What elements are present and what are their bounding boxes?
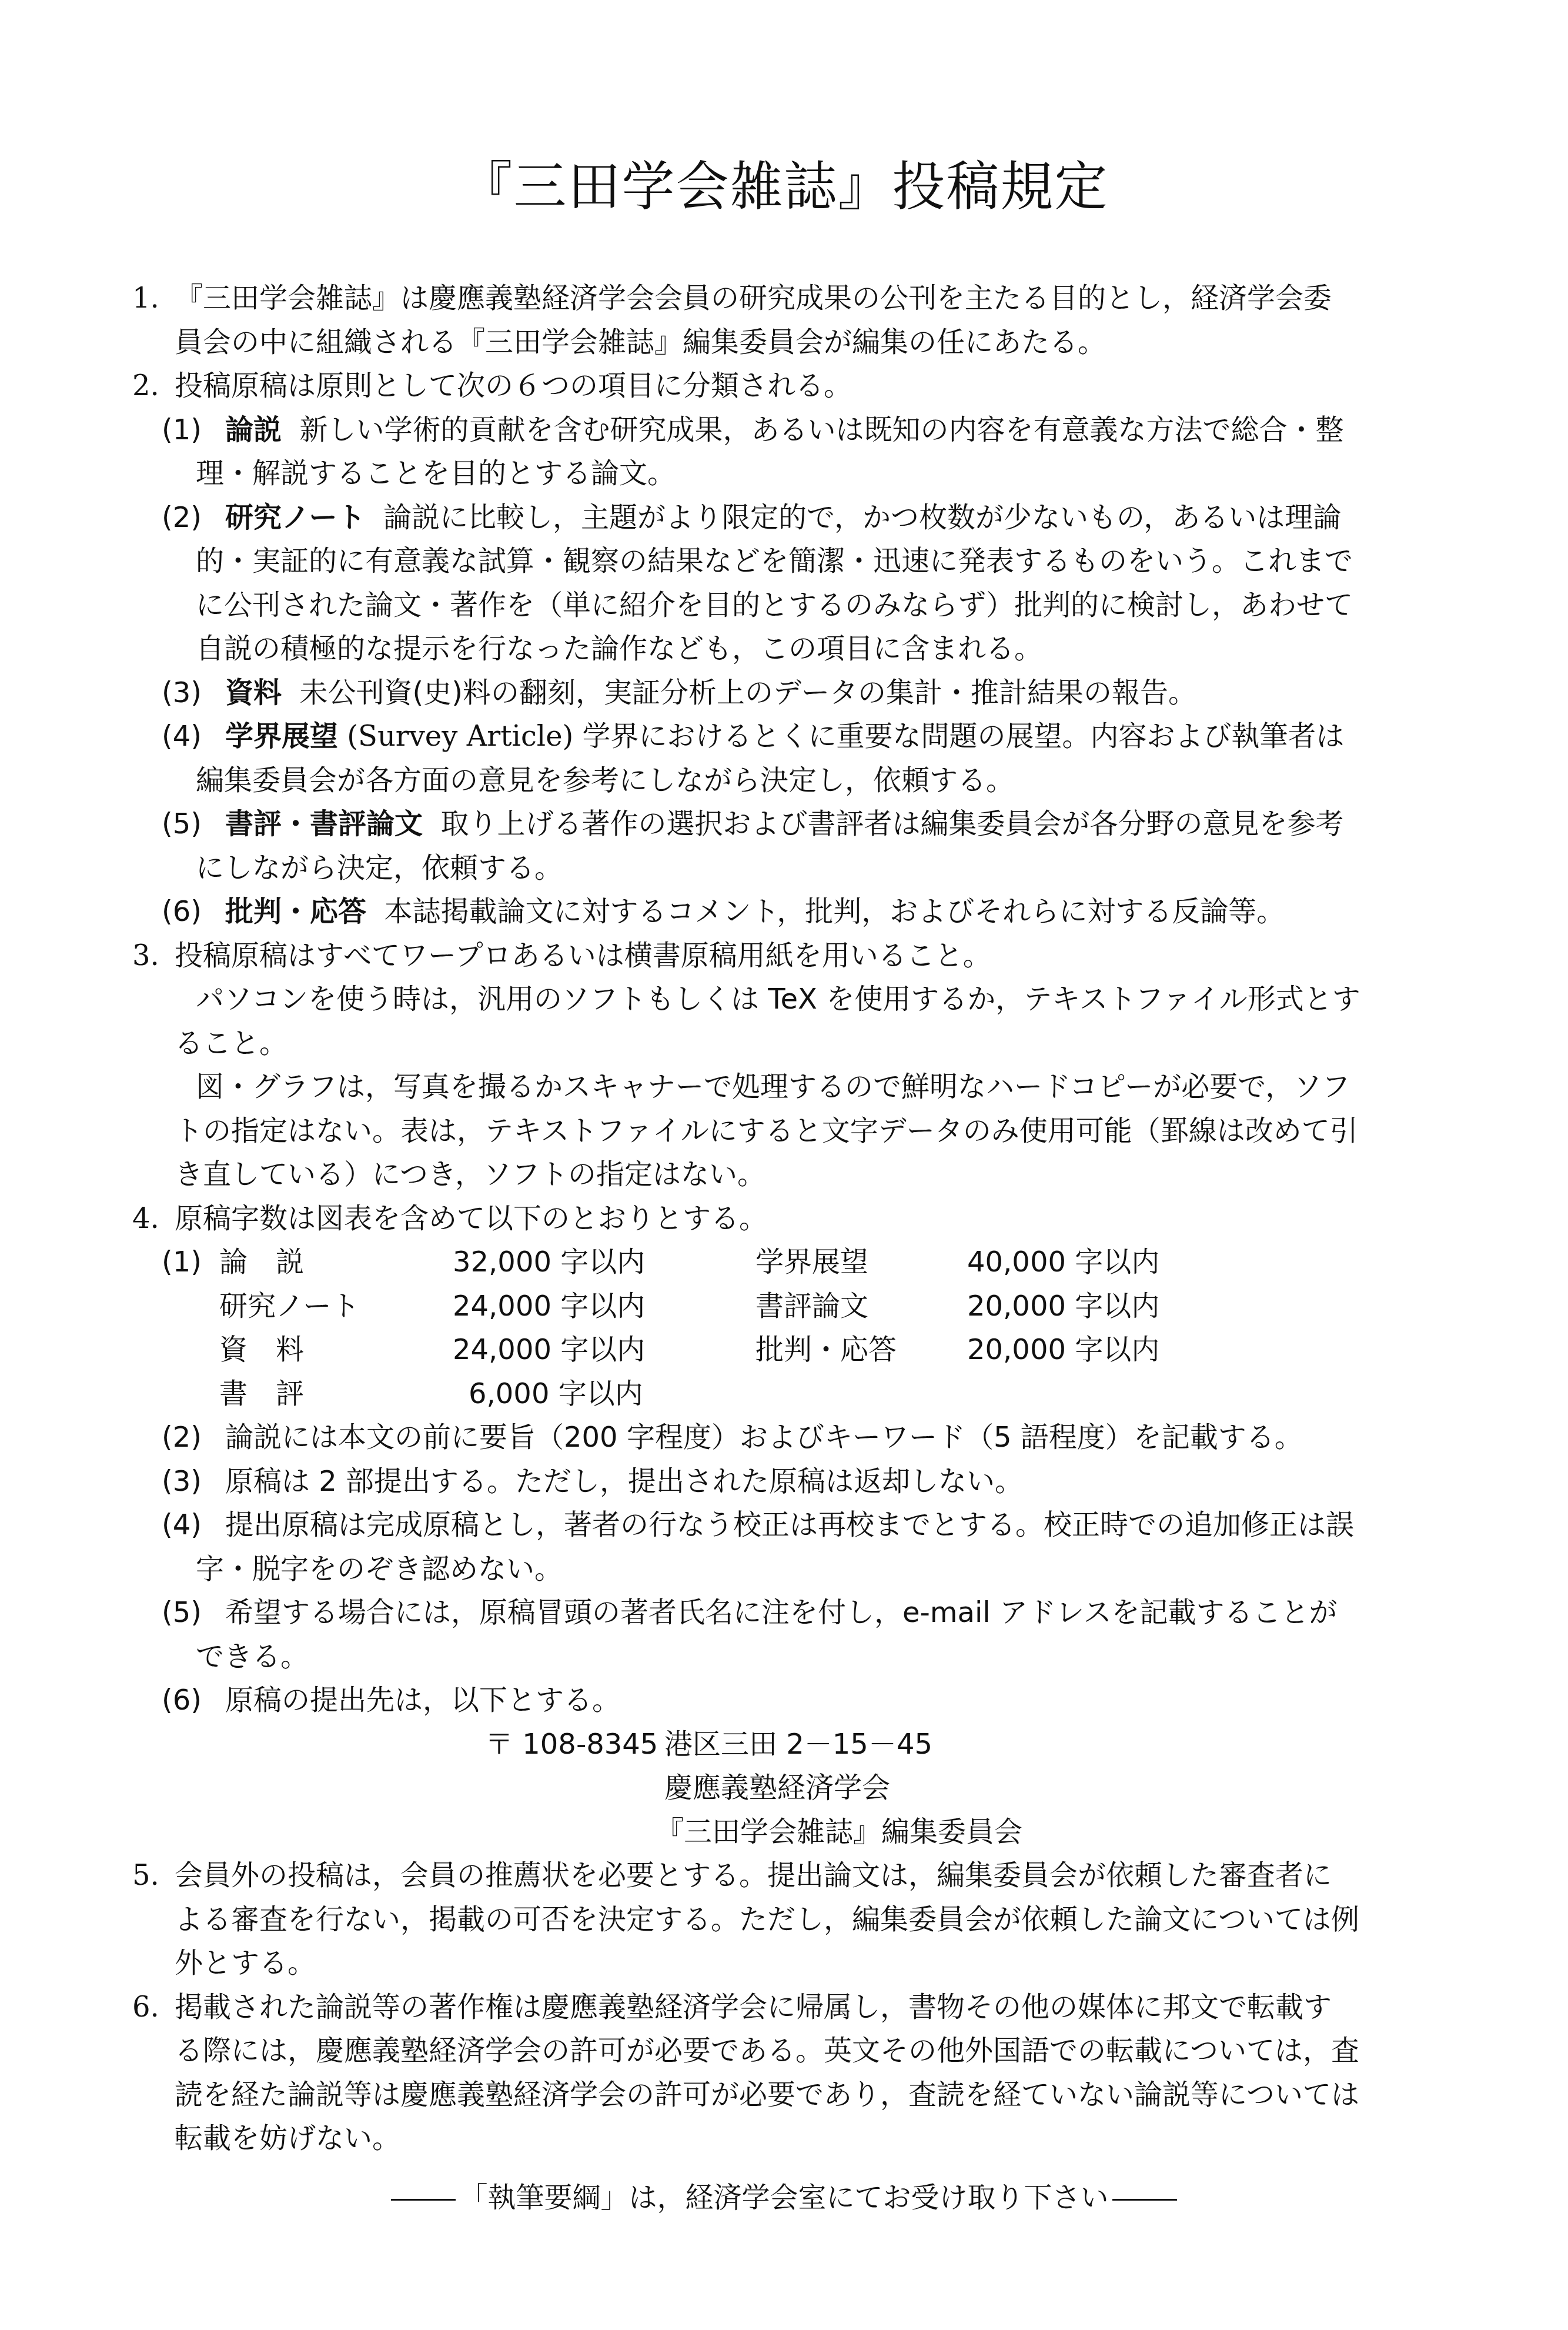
category-ronsetsu: (1)論説 新しい学術的貢献を含む研究成果，あるいは既知の内容を有意義な方法で総… (132, 408, 1338, 496)
dash-rule (1112, 2199, 1177, 2201)
section-text: 外とする。 (132, 1941, 1338, 1985)
limit-value: 40,000 字以内 (967, 1240, 1159, 1284)
category-text: 的・実証的に有意義な試算・観察の結果などを簡潔・迅速に発表するものをいう。これま… (132, 539, 1338, 583)
category-text: 未公刊資(史)料の翻刻，実証分析上のデータの集計・推計結果の報告。 (300, 676, 1196, 709)
limit-value: 20,000 字以内 (967, 1328, 1159, 1372)
section-2: 2.投稿原稿は原則として次の６つの項目に分類される。 (1)論説 新しい学術的貢… (132, 364, 1338, 934)
section-text: 原稿字数は図表を含めて以下のとおりとする。 (175, 1202, 767, 1235)
section-number: 4. (132, 1197, 175, 1241)
organization-name: 慶應義塾経済学会 (664, 1766, 890, 1810)
section-text: 読を経た論説等は慶應義塾経済学会の許可が必要であり，査読を経ていない論説等につい… (132, 2073, 1338, 2117)
category-gakkai-tenbo: (4)学界展望 (Survey Article) 学界におけるとくに重要な問題の… (132, 715, 1338, 802)
item-number: (5) (162, 1591, 225, 1635)
section-text: よる審査を行ない，掲載の可否を決定する。ただし，編集委員会が依頼した論文について… (132, 1898, 1338, 1942)
section-5: 5.会員外の投稿は，会員の推薦状を必要とする。提出論文は，編集委員会が依頼した審… (132, 1854, 1338, 1985)
street-address: 港区三田 2－15－45 (664, 1723, 932, 1767)
section-text: き直している）につき，ソフトの指定はない。 (132, 1153, 1338, 1197)
section-number: 5. (132, 1854, 175, 1898)
page-title: 『三田学会雑誌』投稿規定 (0, 158, 1568, 216)
category-text: に公刊された論文・著作を（単に紹介を目的とするのみならず）批判的に検討し，あわせ… (132, 583, 1338, 627)
item-number: (2) (162, 1416, 225, 1460)
section-text: ること。 (132, 1022, 1338, 1066)
rule-text: 提出原稿は完成原稿とし，著者の行なう校正は再校までとする。校正時での追加修正は誤 (225, 1508, 1354, 1541)
category-text: 本誌掲載論文に対するコメント，批判，およびそれらに対する反論等。 (385, 895, 1285, 928)
rule-text: できる。 (132, 1635, 1338, 1679)
section-number: 2. (132, 364, 175, 408)
rule-text: 原稿の提出先は，以下とする。 (225, 1684, 620, 1717)
document-body: 1.『三田学会雑誌』は慶應義塾経済学会会員の研究成果の公刊を主たる目的とし，経済… (132, 276, 1338, 2161)
footer-note-text: 「執筆要綱」は，経済学会室にてお受け取り下さい (459, 2181, 1108, 2214)
rule-item: (5)希望する場合には，原稿冒頭の著者氏名に注を付し，e-mail アドレスを記… (132, 1591, 1338, 1678)
item-number: (5) (162, 802, 225, 846)
section-text: パソコンを使う時は，汎用のソフトもしくは TeX を使用するか，テキストファイル… (132, 977, 1338, 1022)
category-text: 新しい学術的貢献を含む研究成果，あるいは既知の内容を有意義な方法で総合・整 (300, 413, 1344, 446)
section-1: 1.『三田学会雑誌』は慶應義塾経済学会会員の研究成果の公刊を主たる目的とし，経済… (132, 276, 1338, 364)
limit-label: 書 評 (219, 1372, 304, 1416)
section-text: 『三田学会雑誌』は慶應義塾経済学会会員の研究成果の公刊を主たる目的とし，経済学会… (175, 282, 1332, 315)
limit-value: 24,000 字以内 (453, 1328, 645, 1372)
word-limits-table: (1) 論 説 32,000 字以内 学界展望 40,000 字以内 研究ノート… (132, 1240, 1338, 1416)
item-number: (3) (162, 671, 225, 715)
section-text: トの指定はない。表は，テキストファイルにすると文字データのみ使用可能（罫線は改め… (132, 1109, 1338, 1153)
category-text: 学界におけるとくに重要な問題の展望。内容および執筆者は (583, 720, 1345, 753)
item-number: (1) (162, 1240, 202, 1284)
category-label: 資料 (225, 676, 282, 709)
category-label: 書評・書評論文 (225, 807, 423, 840)
category-text: 自説の積極的な提示を行なった論作なども，この項目に含まれる。 (132, 627, 1338, 671)
category-text: 編集委員会が各方面の意見を参考にしながら決定し，依頼する。 (132, 759, 1338, 803)
section-4: 4.原稿字数は図表を含めて以下のとおりとする。 (1) 論 説 32,000 字… (132, 1197, 1338, 1854)
section-text: 会員外の投稿は，会員の推薦状を必要とする。提出論文は，編集委員会が依頼した審査者… (175, 1859, 1332, 1892)
document-page: 『三田学会雑誌』投稿規定 1.『三田学会雑誌』は慶應義塾経済学会会員の研究成果の… (0, 0, 1568, 2330)
category-label-english: (Survey Article) (347, 720, 573, 753)
section-6: 6.掲載された論説等の著作権は慶應義塾経済学会に帰属し，書物その他の媒体に邦文で… (132, 1985, 1338, 2161)
limit-value: 24,000 字以内 (453, 1284, 645, 1328)
rule-text: 原稿は 2 部提出する。ただし，提出された原稿は返却しない。 (225, 1465, 1023, 1498)
footer-note: 「執筆要綱」は，経済学会室にてお受け取り下さい (0, 2176, 1568, 2219)
category-label: 批判・応答 (225, 895, 366, 928)
item-number: (1) (162, 408, 225, 452)
item-number: (6) (162, 1678, 225, 1723)
rule-text: 希望する場合には，原稿冒頭の著者氏名に注を付し，e-mail アドレスを記載する… (225, 1596, 1338, 1629)
item-number: (3) (162, 1460, 225, 1504)
dash-rule (391, 2199, 456, 2201)
committee-name: 『三田学会雑誌』編集委員会 (656, 1810, 1022, 1854)
rule-item: (6)原稿の提出先は，以下とする。 (132, 1678, 1338, 1723)
section-text: 投稿原稿はすべてワープロあるいは横書原稿用紙を用いること。 (175, 939, 991, 972)
limit-label: 研究ノート (219, 1284, 360, 1328)
category-text: 取り上げる著作の選択および書評者は編集委員会が各分野の意見を参考 (441, 807, 1344, 840)
rule-item: (4)提出原稿は完成原稿とし，著者の行なう校正は再校までとする。校正時での追加修… (132, 1503, 1338, 1591)
category-text: 論説に比較し，主題がより限定的で，かつ枚数が少ないもの，あるいは理論 (383, 501, 1341, 534)
category-hihan-outou: (6)批判・応答 本誌掲載論文に対するコメント，批判，およびそれらに対する反論等… (132, 890, 1338, 934)
rule-text: 字・脱字をのぞき認めない。 (132, 1547, 1338, 1591)
category-shiryo: (3)資料 未公刊資(史)料の翻刻，実証分析上のデータの集計・推計結果の報告。 (132, 671, 1338, 715)
limit-label: 学界展望 (755, 1240, 868, 1284)
category-kenkyu-note: (2)研究ノート 論説に比較し，主題がより限定的で，かつ枚数が少ないもの，あるい… (132, 496, 1338, 671)
section-text: 員会の中に組織される『三田学会雑誌』編集委員会が編集の任にあたる。 (132, 321, 1338, 365)
item-number: (6) (162, 890, 225, 934)
word-limit-row: 書 評 6,000 字以内 (132, 1372, 1338, 1416)
category-text: 理・解説することを目的とする論文。 (132, 452, 1338, 496)
postal-code: 〒 108-8345 (485, 1723, 658, 1767)
section-text: 図・グラフは，写真を撮るかスキャナーで処理するので鮮明なハードコピーが必要で，ソ… (132, 1065, 1338, 1109)
section-text: 掲載された論説等の著作権は慶應義塾経済学会に帰属し，書物その他の媒体に邦文で転載… (175, 1991, 1332, 2024)
limit-value: 6,000 字以内 (469, 1372, 643, 1416)
category-label: 研究ノート (225, 501, 366, 534)
section-number: 6. (132, 1985, 175, 2029)
item-number: (2) (162, 496, 225, 540)
section-number: 3. (132, 934, 175, 978)
limit-label: 書評論文 (755, 1284, 868, 1328)
submission-address: 〒 108-8345 港区三田 2－15－45 慶應義塾経済学会 『三田学会雑誌… (132, 1723, 1338, 1854)
limit-label: 論 説 (219, 1240, 304, 1284)
word-limit-row: 資 料 24,000 字以内 批判・応答 20,000 字以内 (132, 1328, 1338, 1372)
section-text: る際には，慶應義塾経済学会の許可が必要である。英文その他外国語での転載については… (132, 2029, 1338, 2073)
limit-value: 32,000 字以内 (453, 1240, 645, 1284)
section-text: 投稿原稿は原則として次の６つの項目に分類される。 (175, 369, 852, 402)
word-limit-row: 研究ノート 24,000 字以内 書評論文 20,000 字以内 (132, 1284, 1338, 1328)
rule-item: (3)原稿は 2 部提出する。ただし，提出された原稿は返却しない。 (132, 1460, 1338, 1504)
limit-label: 批判・応答 (755, 1328, 897, 1372)
category-shohyo: (5)書評・書評論文 取り上げる著作の選択および書評者は編集委員会が各分野の意見… (132, 802, 1338, 890)
section-text: 転載を妨げない。 (132, 2117, 1338, 2161)
section-3: 3.投稿原稿はすべてワープロあるいは横書原稿用紙を用いること。 パソコンを使う時… (132, 934, 1338, 1197)
rule-text: 論説には本文の前に要旨（200 字程度）およびキーワード（5 語程度）を記載する… (225, 1421, 1303, 1454)
section-number: 1. (132, 276, 175, 321)
item-number: (4) (162, 715, 225, 759)
rule-item: (2)論説には本文の前に要旨（200 字程度）およびキーワード（5 語程度）を記… (132, 1416, 1338, 1460)
category-text: にしながら決定，依頼する。 (132, 846, 1338, 890)
limit-value: 20,000 字以内 (967, 1284, 1159, 1328)
item-number: (4) (162, 1503, 225, 1547)
category-label: 学界展望 (225, 720, 338, 753)
category-label: 論説 (225, 413, 282, 446)
word-limit-row: (1) 論 説 32,000 字以内 学界展望 40,000 字以内 (132, 1240, 1338, 1284)
limit-label: 資 料 (219, 1328, 304, 1372)
